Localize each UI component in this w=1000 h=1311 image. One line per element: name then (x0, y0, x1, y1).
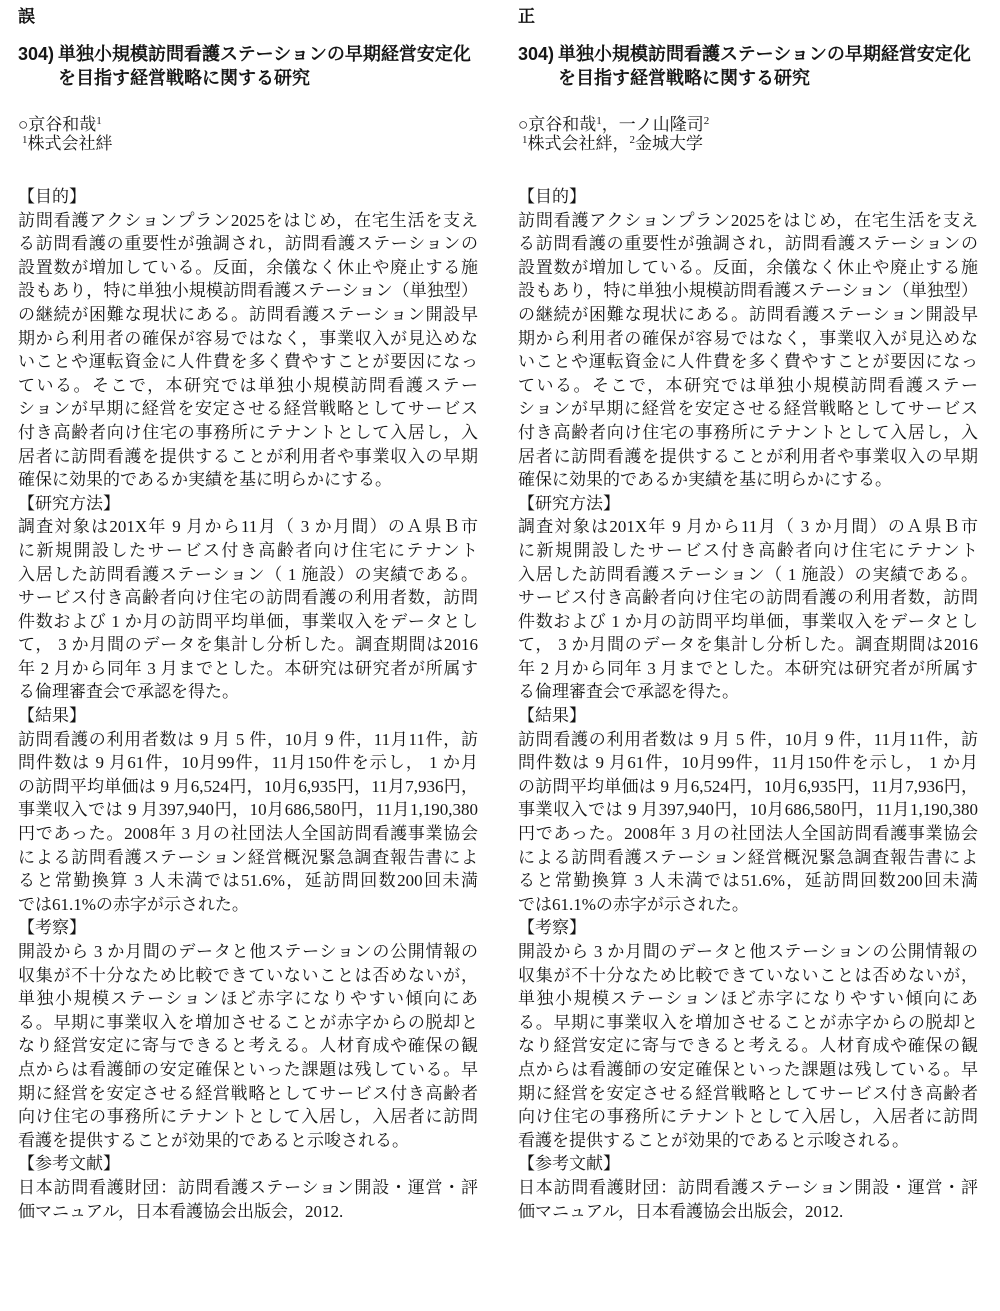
text-line: 点からは看護師の安定確保といった課題は残している。早 (518, 1058, 978, 1082)
text-line: 設もあり，特に単独小規模訪問看護ステーション（単独型） (18, 279, 478, 303)
section-heading: 【考察】 (518, 916, 978, 940)
text-line: 訪問看護の利用者数は 9 月 5 件，10月 9 件，11月11件，訪 (18, 728, 478, 752)
incorrect-label: 誤 (18, 6, 35, 28)
abstract-number: 304) (18, 42, 58, 66)
abstract-body: 【目的】訪問看護アクションプラン2025をはじめ，在宅生活を支える訪問看護の重要… (518, 185, 978, 1223)
author-affil-ref: 1 (96, 115, 102, 127)
text-line: 年 2 月から同年 3 月までとした。本研究は研究者が所属す (18, 657, 478, 681)
text-line: に新規開設したサービス付き高齢者向け住宅にテナント (18, 539, 478, 563)
text-line: による訪問看護ステーション経営概況緊急調査報告書によ (518, 846, 978, 870)
section-heading: 【結果】 (18, 704, 478, 728)
text-line: る。早期に事業収入を増加させることが赤字からの脱却と (18, 1011, 478, 1035)
text-line: ると常勤換算 3 人未満では51.6%，延訪問回数200回未満 (518, 869, 978, 893)
text-line: る訪問看護の重要性が強調され，訪問看護ステーションの (18, 232, 478, 256)
text-line: 円であった。2008年 3 月の社団法人全国訪問看護事業協会 (18, 822, 478, 846)
affil-name: 金城大学 (635, 134, 703, 153)
column-incorrect: 誤 304)単独小規模訪問看護ステーションの早期経営安定化 を目指す経営戦略に関… (18, 0, 478, 1311)
text-line: の継続が困難な現状にある。訪問看護ステーション開設早 (18, 303, 478, 327)
section-heading: 【目的】 (18, 185, 478, 209)
text-line: 訪問看護アクションプラン2025をはじめ，在宅生活を支え (518, 209, 978, 233)
section-heading: 【参考文献】 (518, 1152, 978, 1176)
affil-name: 株式会社絆， (528, 134, 630, 153)
title-text-1: 単独小規模訪問看護ステーションの早期経営安定化 (558, 44, 971, 64)
text-line: 単独小規模ステーションほど赤字になりやすい傾向にあ (518, 987, 978, 1011)
text-line: 調査対象は201X年 9 月から11月（ 3 か月間）のＡ県Ｂ市 (18, 515, 478, 539)
text-line: る倫理審査会で承認を得た。 (18, 680, 478, 704)
text-line: では61.1%の赤字が示された。 (518, 893, 978, 917)
text-line: 事業収入では 9 月397,940円，10月686,580円，11月1,190,… (18, 798, 478, 822)
text-line: 問件数は 9 月61件，10月99件，11月150件を示し， 1 か月 (518, 751, 978, 775)
abstract-title: 304)単独小規模訪問看護ステーションの早期経営安定化 を目指す経営戦略に関する… (18, 42, 480, 90)
text-line: 付き高齢者向け住宅の事務所にテナントとして入居し，入 (518, 421, 978, 445)
text-line: 入居した訪問看護ステーション（ 1 施設）の実績である。 (518, 563, 978, 587)
text-line: 価マニュアル，日本看護協会出版会，2012. (518, 1200, 978, 1224)
text-line: ると常勤換算 3 人未満では51.6%，延訪問回数200回未満 (18, 869, 478, 893)
title-line-1: 304)単独小規模訪問看護ステーションの早期経営安定化 (18, 42, 480, 66)
text-line: 単独小規模ステーションほど赤字になりやすい傾向にあ (18, 987, 478, 1011)
text-line: なり経営安定に寄与できると考える。人材育成や確保の観 (518, 1034, 978, 1058)
text-line: 開設から 3 か月間のデータと他ステーションの公開情報の (518, 940, 978, 964)
text-line: 入居した訪問看護ステーション（ 1 施設）の実績である。 (18, 563, 478, 587)
text-line: 件数および 1 か月の訪問平均単価，事業収入をデータとし (518, 610, 978, 634)
text-line: 日本訪問看護財団：訪問看護ステーション開設・運営・評 (518, 1176, 978, 1200)
text-line: の訪問平均単価は 9 月6,524円，10月6,935円，11月7,936円， (518, 775, 978, 799)
abstract-body: 【目的】訪問看護アクションプラン2025をはじめ，在宅生活を支える訪問看護の重要… (18, 185, 478, 1223)
text-line: 年 2 月から同年 3 月までとした。本研究は研究者が所属す (518, 657, 978, 681)
section-heading: 【参考文献】 (18, 1152, 478, 1176)
author-name: ○京谷和哉 (518, 115, 596, 134)
text-line: では61.1%の赤字が示された。 (18, 893, 478, 917)
text-line: 設置数が増加している。反面，余儀なく休止や廃止する施 (18, 256, 478, 280)
section-heading: 【研究方法】 (18, 492, 478, 516)
text-line: 確保に効果的であるか実績を基に明らかにする。 (18, 468, 478, 492)
text-line: る倫理審査会で承認を得た。 (518, 680, 978, 704)
text-line: 事業収入では 9 月397,940円，10月686,580円，11月1,190,… (518, 798, 978, 822)
text-line: サービス付き高齢者向け住宅の訪問看護の利用者数，訪問 (518, 586, 978, 610)
text-line: 設置数が増加している。反面，余儀なく休止や廃止する施 (518, 256, 978, 280)
text-line: 円であった。2008年 3 月の社団法人全国訪問看護事業協会 (518, 822, 978, 846)
text-line: 向け住宅の事務所にテナントとして入居し，入居者に訪問 (518, 1105, 978, 1129)
text-line: る。早期に事業収入を増加させることが赤字からの脱却と (518, 1011, 978, 1035)
affiliations-line: 1株式会社絆 (22, 133, 113, 155)
text-line: て， 3 か月間のデータを集計し分析した。調査期間は2016 (518, 633, 978, 657)
text-line: ションが早期に経営を安定させる経営戦略としてサービス (518, 397, 978, 421)
title-line-1: 304)単独小規模訪問看護ステーションの早期経営安定化 (518, 42, 980, 66)
erratum-page: 誤 304)単独小規模訪問看護ステーションの早期経営安定化 を目指す経営戦略に関… (0, 0, 1000, 1311)
text-line: 問件数は 9 月61件，10月99件，11月150件を示し， 1 か月 (18, 751, 478, 775)
text-line: 調査対象は201X年 9 月から11月（ 3 か月間）のＡ県Ｂ市 (518, 515, 978, 539)
title-text-1: 単独小規模訪問看護ステーションの早期経営安定化 (58, 44, 471, 64)
text-line: 期から利用者の確保が容易ではなく，事業収入が見込めな (518, 327, 978, 351)
text-line: ている。そこで，本研究では単独小規模訪問看護ステー (18, 374, 478, 398)
author-affil-ref: 2 (704, 115, 710, 127)
text-line: て， 3 か月間のデータを集計し分析した。調査期間は2016 (18, 633, 478, 657)
text-line: 付き高齢者向け住宅の事務所にテナントとして入居し，入 (18, 421, 478, 445)
text-line: 収集が不十分なため比較できていないことは否めないが， (518, 964, 978, 988)
affil-name: 株式会社絆 (28, 134, 113, 153)
text-line: 収集が不十分なため比較できていないことは否めないが， (18, 964, 478, 988)
text-line: 看護を提供することが効果的であると示唆される。 (18, 1129, 478, 1153)
text-line: なり経営安定に寄与できると考える。人材育成や確保の観 (18, 1034, 478, 1058)
text-line: 価マニュアル，日本看護協会出版会，2012. (18, 1200, 478, 1224)
section-heading: 【研究方法】 (518, 492, 978, 516)
text-line: 期から利用者の確保が容易ではなく，事業収入が見込めな (18, 327, 478, 351)
text-line: 点からは看護師の安定確保といった課題は残している。早 (18, 1058, 478, 1082)
text-line: に新規開設したサービス付き高齢者向け住宅にテナント (518, 539, 978, 563)
text-line: 向け住宅の事務所にテナントとして入居し，入居者に訪問 (18, 1105, 478, 1129)
text-line: 訪問看護の利用者数は 9 月 5 件，10月 9 件，11月11件，訪 (518, 728, 978, 752)
text-line: の訪問平均単価は 9 月6,524円，10月6,935円，11月7,936円， (18, 775, 478, 799)
text-line: による訪問看護ステーション経営概況緊急調査報告書によ (18, 846, 478, 870)
text-line: 日本訪問看護財団：訪問看護ステーション開設・運営・評 (18, 1176, 478, 1200)
title-text-2: を目指す経営戦略に関する研究 (18, 66, 480, 90)
text-line: 居者に訪問看護を提供することが利用者や事業収入の早期 (518, 445, 978, 469)
text-line: サービス付き高齢者向け住宅の訪問看護の利用者数，訪問 (18, 586, 478, 610)
text-line: 看護を提供することが効果的であると示唆される。 (518, 1129, 978, 1153)
text-line: 開設から 3 か月間のデータと他ステーションの公開情報の (18, 940, 478, 964)
text-line: 設もあり，特に単独小規模訪問看護ステーション（単独型） (518, 279, 978, 303)
section-heading: 【結果】 (518, 704, 978, 728)
text-line: 期に経営を安定させる経営戦略としてサービス付き高齢者 (18, 1082, 478, 1106)
title-text-2: を目指す経営戦略に関する研究 (518, 66, 980, 90)
text-line: る訪問看護の重要性が強調され，訪問看護ステーションの (518, 232, 978, 256)
abstract-title: 304)単独小規模訪問看護ステーションの早期経営安定化 を目指す経営戦略に関する… (518, 42, 980, 90)
text-line: 期に経営を安定させる経営戦略としてサービス付き高齢者 (518, 1082, 978, 1106)
text-line: いことや運転資金に人件費を多く費やすことが要因になっ (518, 350, 978, 374)
author-name: ○京谷和哉 (18, 115, 96, 134)
affiliations-line: 1株式会社絆，2金城大学 (522, 133, 703, 155)
text-line: 確保に効果的であるか実績を基に明らかにする。 (518, 468, 978, 492)
text-line: の継続が困難な現状にある。訪問看護ステーション開設早 (518, 303, 978, 327)
text-line: 訪問看護アクションプラン2025をはじめ，在宅生活を支え (18, 209, 478, 233)
text-line: ている。そこで，本研究では単独小規模訪問看護ステー (518, 374, 978, 398)
section-heading: 【考察】 (18, 916, 478, 940)
text-line: 居者に訪問看護を提供することが利用者や事業収入の早期 (18, 445, 478, 469)
section-heading: 【目的】 (518, 185, 978, 209)
author-name: ，一ノ山隆司 (602, 115, 704, 134)
column-correct: 正 304)単独小規模訪問看護ステーションの早期経営安定化 を目指す経営戦略に関… (518, 0, 978, 1311)
text-line: ションが早期に経営を安定させる経営戦略としてサービス (18, 397, 478, 421)
abstract-number: 304) (518, 42, 558, 66)
text-line: 件数および 1 か月の訪問平均単価，事業収入をデータとし (18, 610, 478, 634)
correct-label: 正 (518, 6, 535, 28)
text-line: いことや運転資金に人件費を多く費やすことが要因になっ (18, 350, 478, 374)
